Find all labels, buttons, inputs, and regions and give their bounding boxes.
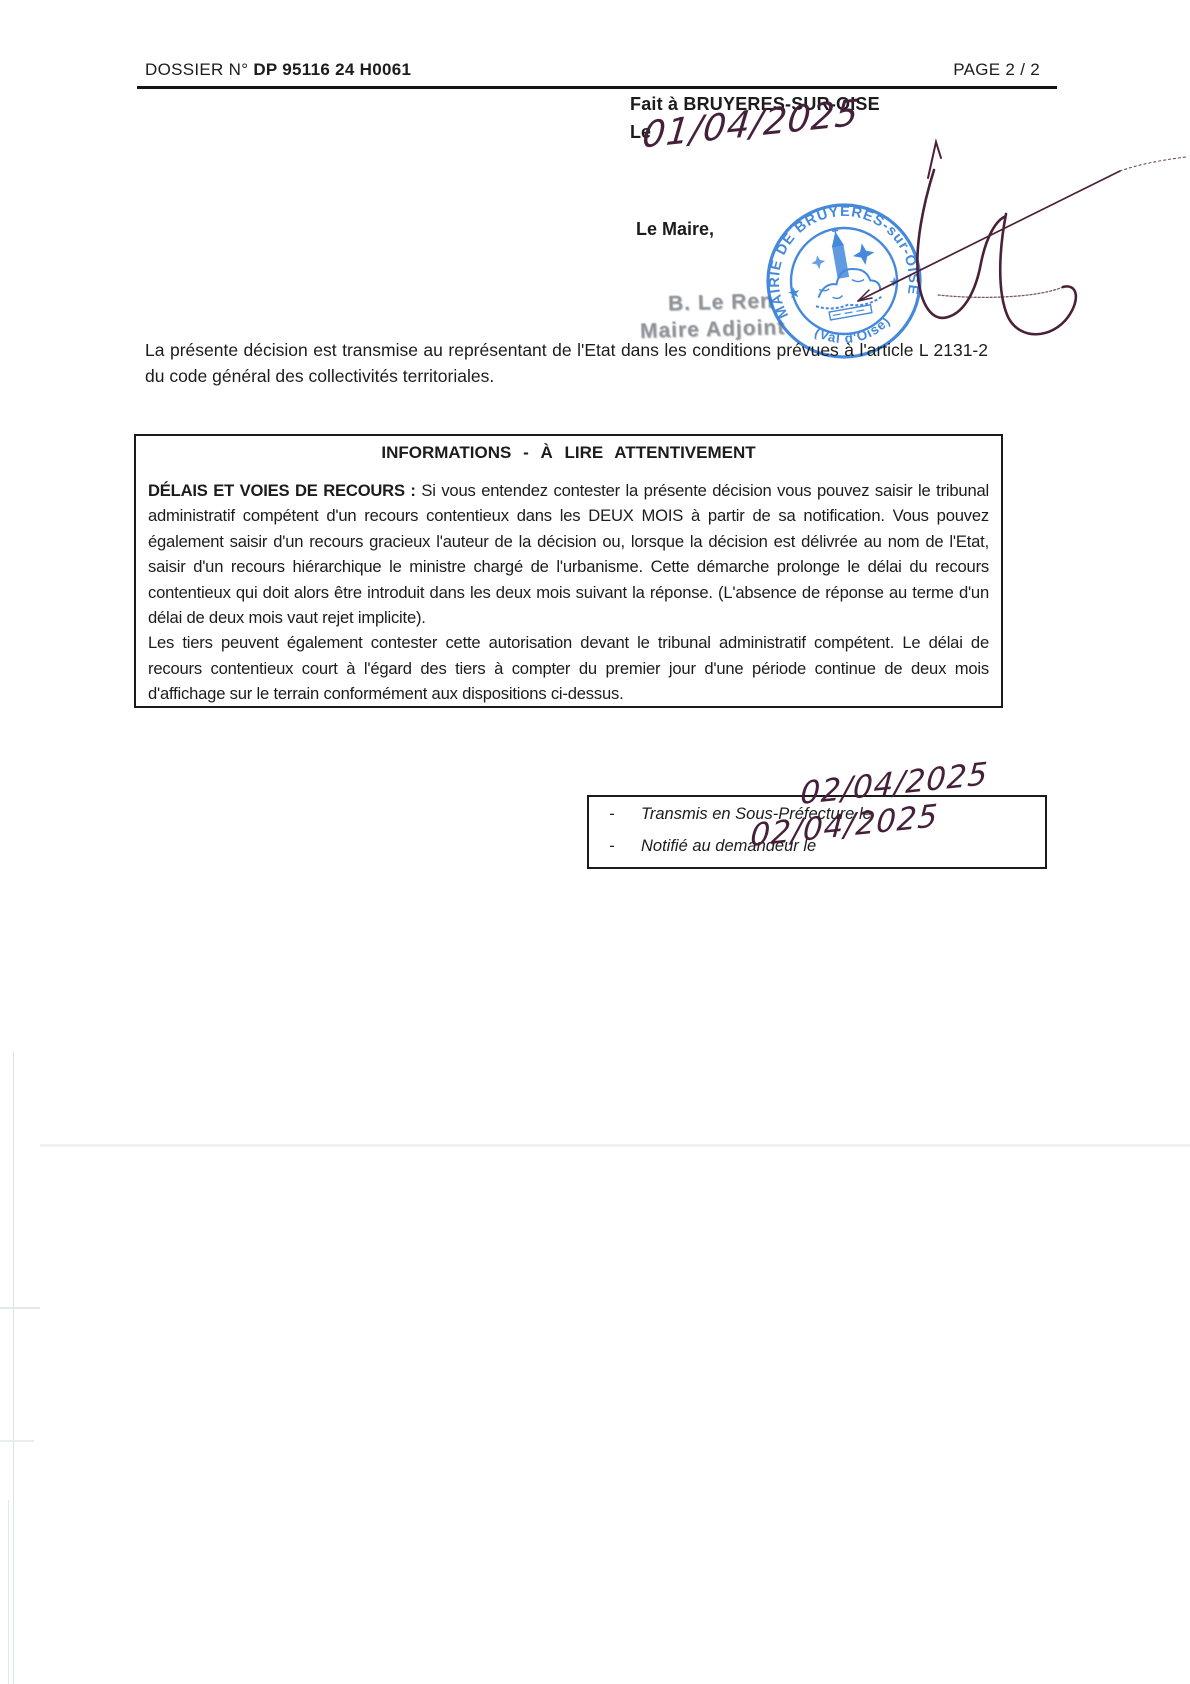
informations-box: INFORMATIONS - À LIRE ATTENTIVEMENT DÉLA… bbox=[134, 434, 1003, 708]
tiers-paragraph: Les tiers peuvent également contester ce… bbox=[148, 630, 989, 706]
scan-artifact-line bbox=[13, 1052, 14, 1684]
scan-artifact-line bbox=[8, 1500, 9, 1684]
transmission-paragraph: La présente décision est transmise au re… bbox=[145, 337, 988, 389]
dossier-label: DOSSIER N° bbox=[145, 60, 248, 79]
scan-artifact-line bbox=[0, 1440, 34, 1442]
delais-heading: DÉLAIS ET VOIES DE RECOURS : bbox=[148, 481, 416, 500]
page-indicator: PAGE 2 / 2 bbox=[953, 60, 1040, 80]
delais-paragraph: DÉLAIS ET VOIES DE RECOURS : Si vous ent… bbox=[148, 478, 989, 630]
informations-title: INFORMATIONS - À LIRE ATTENTIVEMENT bbox=[136, 443, 1001, 463]
delais-text: Si vous entendez contester la présente d… bbox=[148, 481, 989, 627]
scanned-document-page: DOSSIER N° DP 95116 24 H0061 PAGE 2 / 2 … bbox=[0, 0, 1190, 1684]
document-header: DOSSIER N° DP 95116 24 H0061 PAGE 2 / 2 bbox=[145, 60, 1040, 80]
dossier-number: DOSSIER N° DP 95116 24 H0061 bbox=[145, 60, 411, 80]
mayor-signature bbox=[690, 85, 1190, 365]
dossier-value: DP 95116 24 H0061 bbox=[253, 60, 411, 79]
scan-artifact-line bbox=[40, 1144, 1190, 1147]
dash-bullet: - bbox=[609, 837, 641, 856]
informations-body: DÉLAIS ET VOIES DE RECOURS : Si vous ent… bbox=[148, 478, 989, 707]
dash-bullet: - bbox=[609, 805, 641, 824]
scan-artifact-line bbox=[0, 1307, 40, 1309]
